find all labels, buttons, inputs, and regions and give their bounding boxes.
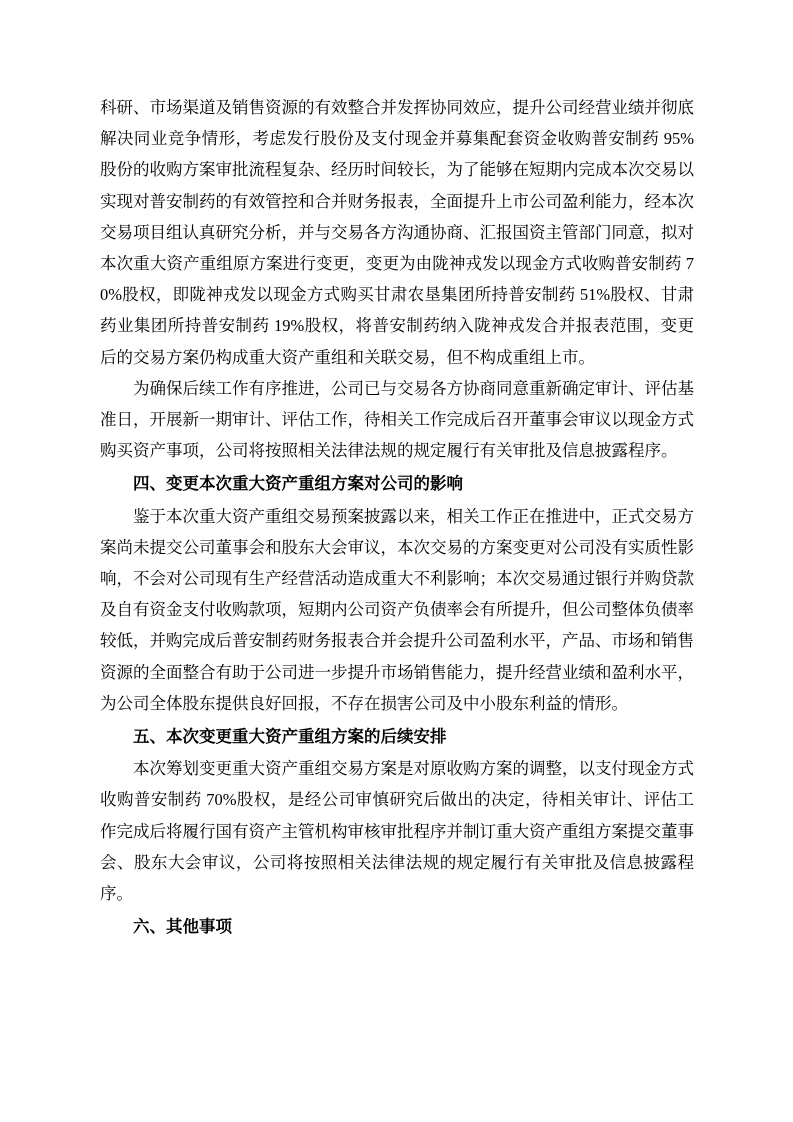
paragraph-impact-analysis: 鉴于本次重大资产重组交易预案披露以来，相关工作正在推进中，正式交易方案尚未提交公… [100,501,694,719]
paragraph-continuation: 科研、市场渠道及销售资源的有效整合并发挥协同效应，提升公司经营业绩并彻底解决同业… [100,92,694,373]
document-page: 科研、市场渠道及销售资源的有效整合并发挥协同效应，提升公司经营业绩并彻底解决同业… [0,0,793,1122]
section-heading-5-follow-up-arrangements: 五、本次变更重大资产重组方案的后续安排 [100,721,694,752]
section-heading-6-other-matters: 六、其他事项 [100,911,694,942]
section-heading-4-impact: 四、变更本次重大资产重组方案对公司的影响 [100,468,694,499]
paragraph-follow-up-work: 为确保后续工作有序推进，公司已与交易各方协商同意重新确定审计、评估基准日，开展新… [100,373,694,467]
paragraph-follow-up-arrangements: 本次筹划变更重大资产重组交易方案是对原收购方案的调整，以支付现金方式收购普安制药… [100,753,694,909]
